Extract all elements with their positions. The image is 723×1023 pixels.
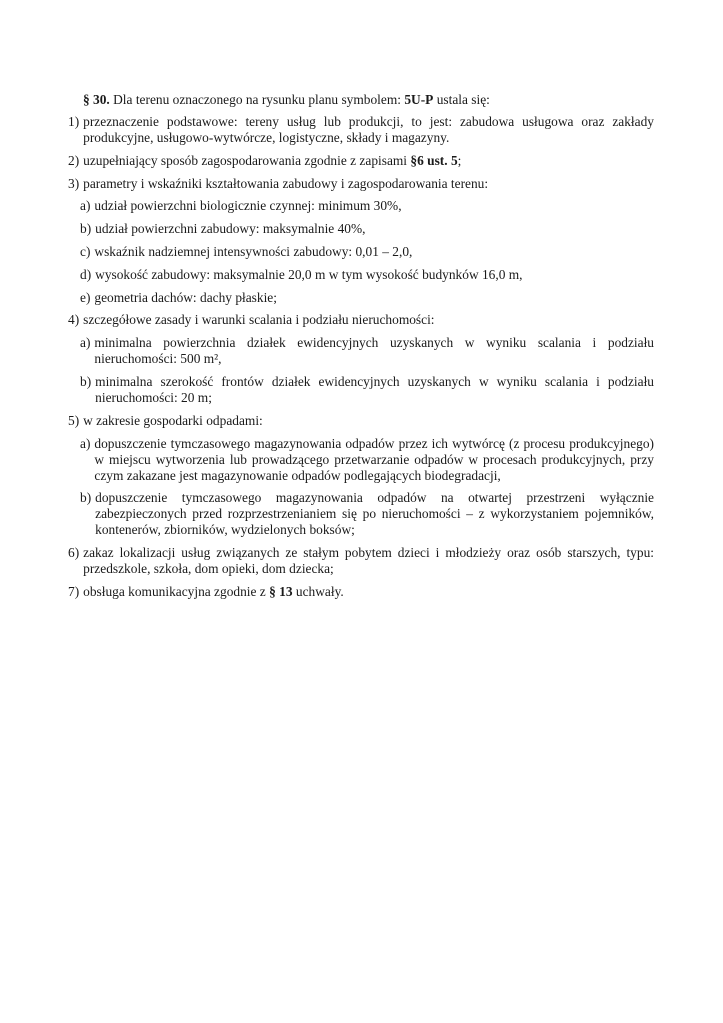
subitem-letter: c)	[80, 244, 94, 260]
item-text-end: uchwały.	[296, 584, 344, 599]
sub-item-4a: a) minimalna powierzchnia działek ewiden…	[80, 335, 654, 367]
section-heading: § 30. Dla terenu oznaczonego na rysunku …	[68, 92, 654, 108]
reference: § 13	[269, 584, 292, 599]
subitem-text: wskaźnik nadziemnej intensywności zabudo…	[94, 244, 654, 260]
item-text: przeznaczenie podstawowe: tereny usług l…	[83, 114, 654, 146]
sub-item-3a: a) udział powierzchni biologicznie czynn…	[80, 198, 654, 214]
item-text: uzupełniający sposób zagospodarowania zg…	[83, 153, 654, 169]
list-item-6: 6) zakaz lokalizacji usług związanych ze…	[68, 545, 654, 577]
item-number: 5)	[68, 413, 83, 429]
item-text-end: ;	[458, 153, 462, 168]
section-number: § 30.	[83, 92, 110, 107]
subitem-letter: e)	[80, 290, 94, 306]
item-text: obsługa komunikacyjna zgodnie z § 13 uch…	[83, 584, 654, 600]
subitem-letter: b)	[80, 374, 95, 406]
list-item-2: 2) uzupełniający sposób zagospodarowania…	[68, 153, 654, 169]
list-item-1: 1) przeznaczenie podstawowe: tereny usłu…	[68, 114, 654, 146]
item-number: 3)	[68, 176, 83, 192]
subitem-text: udział powierzchni biologicznie czynnej:…	[94, 198, 654, 214]
item-number: 6)	[68, 545, 83, 577]
item-number: 4)	[68, 312, 83, 328]
item-text: zakaz lokalizacji usług związanych ze st…	[83, 545, 654, 577]
subitem-letter: d)	[80, 267, 95, 283]
subitem-text: geometria dachów: dachy płaskie;	[94, 290, 654, 306]
subitem-letter: b)	[80, 221, 95, 237]
section-intro-end: ustala się:	[437, 92, 490, 107]
list-item-7: 7) obsługa komunikacyjna zgodnie z § 13 …	[68, 584, 654, 600]
item-text: w zakresie gospodarki odpadami:	[83, 413, 654, 429]
item-number: 2)	[68, 153, 83, 169]
subitem-text: udział powierzchni zabudowy: maksymalnie…	[95, 221, 654, 237]
item-number: 1)	[68, 114, 83, 146]
subitem-text: minimalna powierzchnia działek ewidencyj…	[94, 335, 654, 367]
section-intro: Dla terenu oznaczonego na rysunku planu …	[113, 92, 401, 107]
list-item-4: 4) szczegółowe zasady i warunki scalania…	[68, 312, 654, 328]
subitem-letter: a)	[80, 198, 94, 214]
item-text: parametry i wskaźniki kształtowania zabu…	[83, 176, 654, 192]
reference: §6 ust. 5	[410, 153, 457, 168]
subitem-letter: a)	[80, 436, 94, 484]
sub-item-5a: a) dopuszczenie tymczasowego magazynowan…	[80, 436, 654, 484]
item-text-part: uzupełniający sposób zagospodarowania zg…	[83, 153, 407, 168]
subitem-text: dopuszczenie tymczasowego magazynowania …	[94, 436, 654, 484]
sub-item-3e: e) geometria dachów: dachy płaskie;	[80, 290, 654, 306]
sub-item-3d: d) wysokość zabudowy: maksymalnie 20,0 m…	[80, 267, 654, 283]
sub-item-3b: b) udział powierzchni zabudowy: maksymal…	[80, 221, 654, 237]
item-number: 7)	[68, 584, 83, 600]
sub-item-4b: b) minimalna szerokość frontów działek e…	[80, 374, 654, 406]
item-text-part: obsługa komunikacyjna zgodnie z	[83, 584, 266, 599]
subitem-text: wysokość zabudowy: maksymalnie 20,0 m w …	[95, 267, 654, 283]
subitem-text: dopuszczenie tymczasowego magazynowania …	[95, 490, 654, 538]
sub-item-5b: b) dopuszczenie tymczasowego magazynowan…	[80, 490, 654, 538]
area-symbol: 5U-P	[404, 92, 433, 107]
subitem-letter: a)	[80, 335, 94, 367]
list-item-5: 5) w zakresie gospodarki odpadami:	[68, 413, 654, 429]
sub-item-3c: c) wskaźnik nadziemnej intensywności zab…	[80, 244, 654, 260]
subitem-text: minimalna szerokość frontów działek ewid…	[95, 374, 654, 406]
list-item-3: 3) parametry i wskaźniki kształtowania z…	[68, 176, 654, 192]
document-page: § 30. Dla terenu oznaczonego na rysunku …	[68, 92, 654, 607]
subitem-letter: b)	[80, 490, 95, 538]
item-text: szczegółowe zasady i warunki scalania i …	[83, 312, 654, 328]
